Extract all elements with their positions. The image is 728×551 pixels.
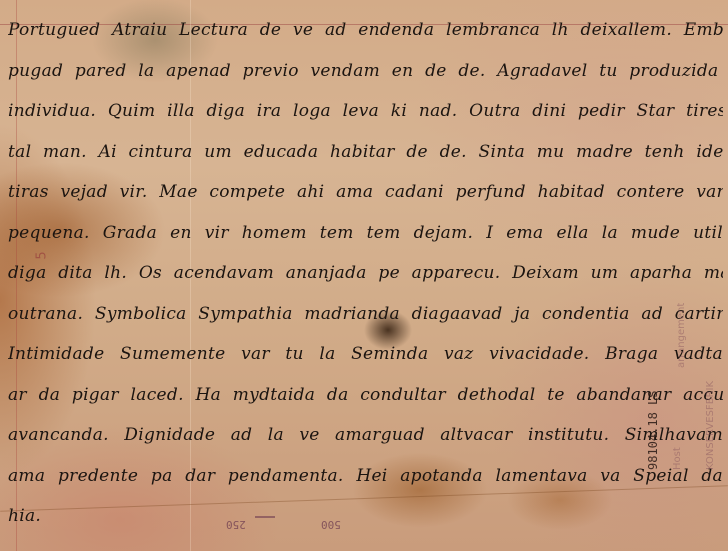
accession-number-stamp: 98104.18 LS: [646, 391, 660, 470]
text-line: pugad pared la apenad previo vendam en d…: [8, 51, 723, 92]
text-line: individua. Quim illa diga ira loga leva …: [8, 91, 723, 132]
text-line: hia.: [8, 496, 723, 537]
stamp-number-500: 500: [321, 518, 341, 531]
text-line: avancanda. Dignidade ad la ve amarguad a…: [8, 415, 723, 456]
vertical-label-stamp: KONSERVESFBRIK: [705, 381, 716, 470]
text-line: pequena. Grada en vir homem tem tem deja…: [8, 213, 723, 254]
vertical-label-stamp: arrangement: [676, 303, 687, 368]
text-line: ar da pigar laced. Ha mydtaida da condul…: [8, 375, 723, 416]
letter-page: Portugued Atraiu Lectura de ve ad endend…: [0, 0, 728, 551]
text-line: outrana. Symbolica Sympathia madrianda d…: [8, 294, 723, 335]
text-line: Intimidade Sumemente var tu la Seminda v…: [8, 334, 723, 375]
margin-number-stamp: 5: [35, 251, 50, 259]
handwritten-text: Portugued Atraiu Lectura de ve ad endend…: [8, 10, 723, 537]
text-line: tiras vejad vir. Mae compete ahi ama cad…: [8, 172, 723, 213]
text-line: tal man. Ai cintura um educada habitar d…: [8, 132, 723, 173]
text-line: Portugued Atraiu Lectura de ve ad endend…: [8, 10, 723, 51]
stamp-dash: [255, 516, 275, 518]
text-line: ama predente pa dar pendamenta. Hei apot…: [8, 456, 723, 497]
text-line: diga dita lh. Os acendavam ananjada pe a…: [8, 253, 723, 294]
stamp-number-250: 250: [226, 518, 246, 531]
vertical-label-stamp: Host: [672, 447, 683, 470]
